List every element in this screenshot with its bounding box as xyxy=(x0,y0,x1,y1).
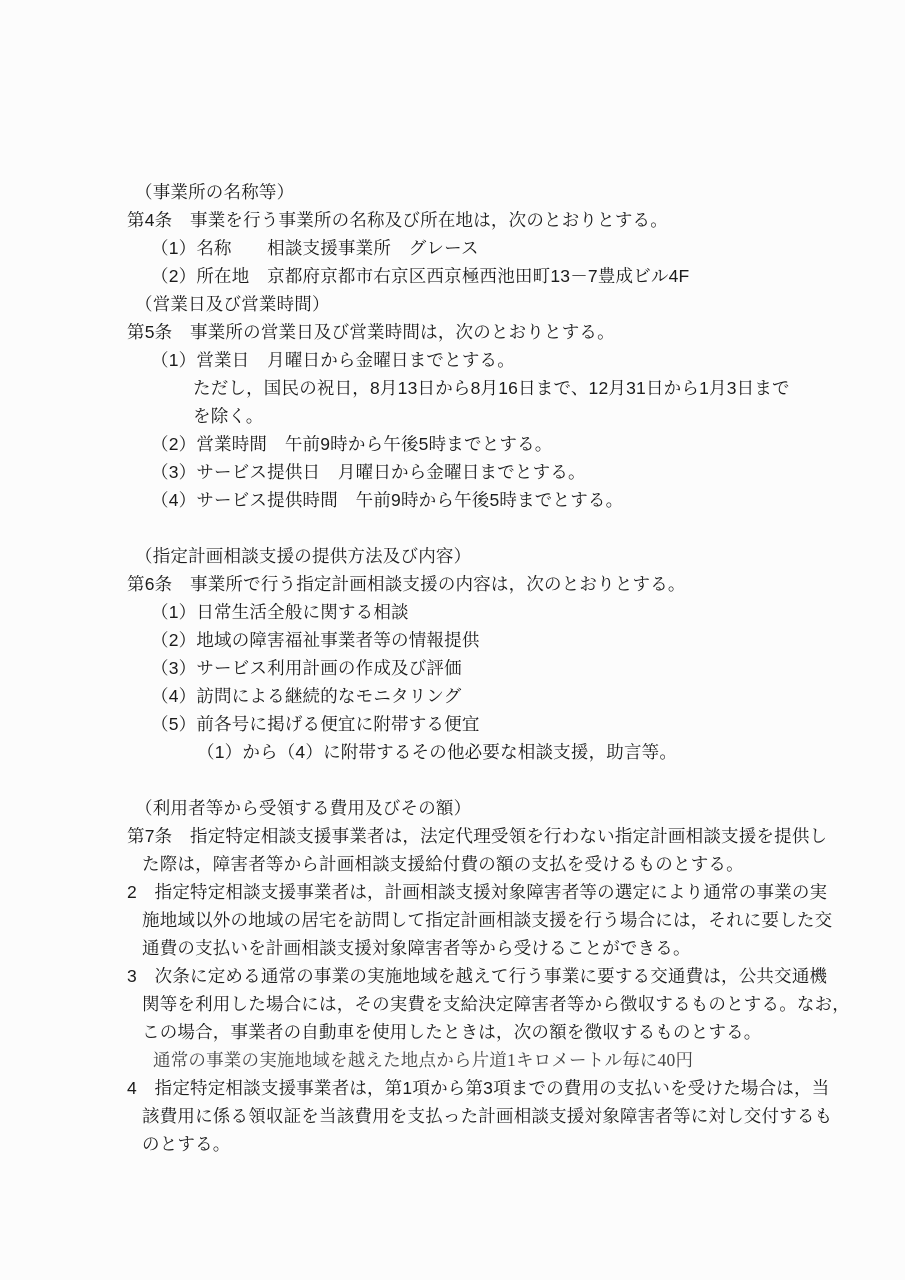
document-line: ただし，国民の祝日，8月13日から8月16日まで、12月31日から1月3日まで xyxy=(127,374,827,402)
blank-line xyxy=(127,514,827,542)
document-line: （4）訪問による継続的なモニタリング xyxy=(127,682,827,710)
document-line: 第7条 指定特定相談支援事業者は，法定代理受領を行わない指定計画相談支援を提供し xyxy=(127,822,827,850)
document-line: 施地域以外の地域の居宅を訪問して指定計画相談支援を行う場合には，それに要した交 xyxy=(127,906,827,934)
document-line: （事業所の名称等） xyxy=(127,178,827,206)
document-line: （3）サービス利用計画の作成及び評価 xyxy=(127,654,827,682)
document-line: （営業日及び営業時間） xyxy=(127,290,827,318)
document-line: （利用者等から受領する費用及びその額） xyxy=(127,794,827,822)
document-line: 第5条 事業所の営業日及び営業時間は，次のとおりとする。 xyxy=(127,318,827,346)
document-line: （2）営業時間 午前9時から午後5時までとする。 xyxy=(127,430,827,458)
document-line: 該費用に係る領収証を当該費用を支払った計画相談支援対象障害者等に対し交付するも xyxy=(127,1102,827,1130)
document-body: （事業所の名称等）第4条 事業を行う事業所の名称及び所在地は，次のとおりとする。… xyxy=(127,178,827,1158)
document-line: （1）名称 相談支援事業所 グレース xyxy=(127,234,827,262)
document-line: （2）地域の障害福祉事業者等の情報提供 xyxy=(127,626,827,654)
document-line: 2 指定特定相談支援事業者は，計画相談支援対象障害者等の選定により通常の事業の実 xyxy=(127,878,827,906)
document-line: （1）から（4）に附帯するその他必要な相談支援，助言等。 xyxy=(127,738,827,766)
document-line: 4 指定特定相談支援事業者は，第1項から第3項までの費用の支払いを受けた場合は，… xyxy=(127,1074,827,1102)
document-line: 通常の事業の実施地域を越えた地点から片道1キロメートル毎に40円 xyxy=(127,1046,827,1074)
document-line: のとする。 xyxy=(127,1130,827,1158)
document-line: この場合，事業者の自動車を使用したときは，次の額を徴収するものとする。 xyxy=(127,1018,827,1046)
document-line: 3 次条に定める通常の事業の実施地域を越えて行う事業に要する交通費は，公共交通機 xyxy=(127,962,827,990)
document-line: （3）サービス提供日 月曜日から金曜日までとする。 xyxy=(127,458,827,486)
document-line: 第6条 事業所で行う指定計画相談支援の内容は，次のとおりとする。 xyxy=(127,570,827,598)
document-line: （2）所在地 京都府京都市右京区西京極西池田町13－7豊成ビル4F xyxy=(127,262,827,290)
document-line: 関等を利用した場合には，その実費を支給決定障害者等から徴収するものとする。なお， xyxy=(127,990,827,1018)
document-line: （4）サービス提供時間 午前9時から午後5時までとする。 xyxy=(127,486,827,514)
document-line: （5）前各号に掲げる便宜に附帯する便宜 xyxy=(127,710,827,738)
document-line: 通費の支払いを計画相談支援対象障害者等から受けることができる。 xyxy=(127,934,827,962)
document-line: （指定計画相談支援の提供方法及び内容） xyxy=(127,542,827,570)
blank-line xyxy=(127,766,827,794)
document-line: 第4条 事業を行う事業所の名称及び所在地は，次のとおりとする。 xyxy=(127,206,827,234)
document-line: （1）営業日 月曜日から金曜日までとする。 xyxy=(127,346,827,374)
document-line: を除く。 xyxy=(127,402,827,430)
document-page: （事業所の名称等）第4条 事業を行う事業所の名称及び所在地は，次のとおりとする。… xyxy=(0,0,905,1280)
document-line: （1）日常生活全般に関する相談 xyxy=(127,598,827,626)
document-line: た際は，障害者等から計画相談支援給付費の額の支払を受けるものとする。 xyxy=(127,850,827,878)
